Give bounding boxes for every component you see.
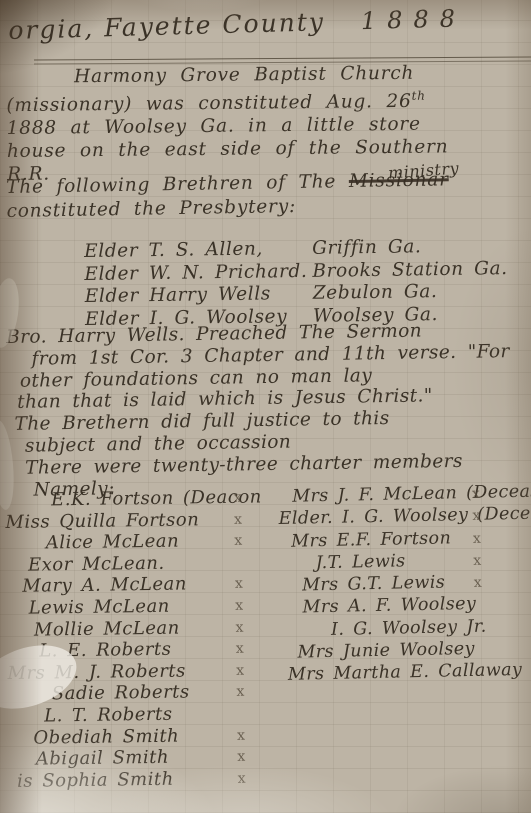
member-name: Lewis McLean xyxy=(29,596,170,619)
membership-x-mark: x xyxy=(235,574,244,596)
member-name: Mrs Junie Woolsey xyxy=(297,639,475,663)
member-row: Mrs Martha E. Callaway xyxy=(282,660,484,687)
membership-x-mark: x xyxy=(236,682,245,704)
membership-x-mark: x xyxy=(473,527,482,549)
presbytery-paragraph: The following Brethren of The Missionar … xyxy=(6,168,449,223)
member-name: Mrs E.F. Fortson xyxy=(291,528,451,551)
member-name: Mrs G.T. Lewis xyxy=(302,573,445,596)
charter-members-left-column: E.K. Fortson (Deacon x Miss Quilla Forts… xyxy=(5,487,246,793)
heading-year: 1888 xyxy=(361,4,467,35)
member-row: is Sophia Smith x xyxy=(9,767,246,792)
membership-x-mark: x xyxy=(234,509,243,531)
membership-x-mark: x xyxy=(235,596,244,618)
member-name: E.K. Fortson (Deacon xyxy=(51,486,262,510)
member-name: Mollie McLean xyxy=(34,617,180,640)
member-name: Sadie Roberts xyxy=(52,682,190,705)
member-name: Alice McLean xyxy=(46,531,180,554)
member-name: Mrs J. F. McLean (Deceasd xyxy=(292,481,531,506)
elder-place: Brooks Station Ga. xyxy=(312,258,508,283)
member-name: Elder. I. G. Woolsey (Decesd xyxy=(278,504,531,530)
membership-x-mark: x xyxy=(236,660,245,682)
heading-place-text: orgia, Fayette County xyxy=(8,7,325,45)
member-name: I. G. Woolsey Jr. xyxy=(331,616,487,639)
elder-place: Griffin Ga. xyxy=(312,236,422,260)
membership-x-mark: x xyxy=(473,550,482,572)
presbytery-line-text: The following Brethren of The xyxy=(6,171,336,198)
elders-list: Elder T. S. Allen, Griffin Ga. Elder W. … xyxy=(84,235,531,332)
page-heading: orgia, Fayette County 1888 xyxy=(8,3,466,45)
member-name: Mrs A. F. Woolsey xyxy=(302,594,476,618)
membership-x-mark: x xyxy=(472,505,481,527)
intro-line-text: (missionary) was constituted Aug. 26 xyxy=(6,91,411,116)
membership-x-mark: x xyxy=(234,531,243,553)
membership-x-mark: x xyxy=(237,747,246,769)
ledger-page: orgia, Fayette County 1888 Harmony Grove… xyxy=(0,0,531,813)
member-name: J.T. Lewis xyxy=(315,551,405,573)
member-name: Exor McLean. xyxy=(28,553,165,576)
member-name: Miss Quilla Fortson xyxy=(5,509,199,533)
membership-x-mark: x xyxy=(474,572,483,594)
elder-name: Elder T. S. Allen, xyxy=(84,238,312,264)
membership-x-mark: x xyxy=(237,725,246,747)
charter-members-right-column: Mrs J. F. McLean (Deceasd x Elder. I. G.… xyxy=(278,482,484,687)
member-name: Obediah Smith xyxy=(33,725,179,748)
member-name: is Sophia Smith xyxy=(17,768,174,791)
elder-place: Zebulon Ga. xyxy=(313,281,438,305)
membership-x-mark: x xyxy=(236,639,245,661)
elder-name: Elder Harry Wells xyxy=(85,283,313,309)
member-name: L. T. Roberts xyxy=(44,704,173,727)
sermon-paragraph: Bro. Harry Wells. Preached The Sermon fr… xyxy=(6,319,531,502)
member-name: Abigail Smith xyxy=(36,747,170,770)
membership-x-mark: x xyxy=(234,488,243,510)
membership-x-mark: x xyxy=(472,483,481,505)
struck-word-missionar: Missionar xyxy=(349,169,449,192)
member-name: Mary A. McLean xyxy=(22,574,187,597)
member-name: Mrs Martha E. Callaway xyxy=(288,660,523,685)
superscript-th: th xyxy=(411,89,425,103)
membership-x-mark: x xyxy=(238,768,247,790)
elder-name: Elder W. N. Prichard. xyxy=(84,260,312,286)
membership-x-mark: x xyxy=(235,617,244,639)
